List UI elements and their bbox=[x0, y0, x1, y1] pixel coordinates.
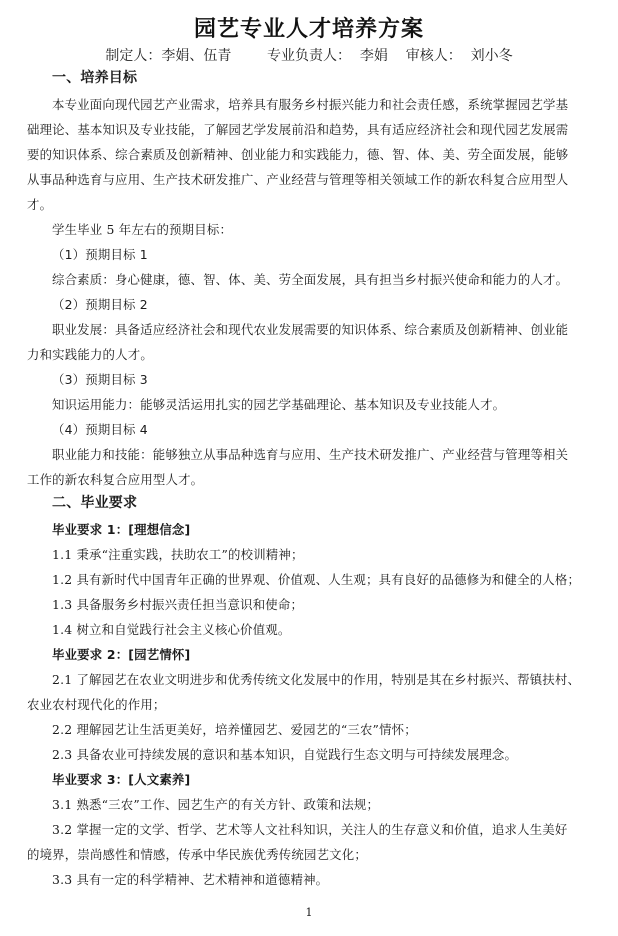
paragraph-line: 1.2 具有新时代中国青年正确的世界观、价值观、人生观；具有良好的品德修为和健全… bbox=[52, 572, 616, 588]
paragraph-line: 的境界，崇尚感性和情感，传承中华民族优秀传统园艺文化； bbox=[27, 847, 591, 863]
paragraph-line: 知识运用能力：能够灵活运用扎实的园艺学基础理论、基本知识及专业技能人才。 bbox=[52, 397, 616, 413]
goal-heading: （3）预期目标 3 bbox=[52, 372, 616, 388]
requirement-heading: 毕业要求 1：[理想信念] bbox=[52, 522, 616, 538]
requirement-heading: 毕业要求 2：[园艺情怀] bbox=[52, 647, 616, 663]
paragraph-line: 3.1 熟悉“三农”工作、园艺生产的有关方针、政策和法规； bbox=[52, 797, 616, 813]
paragraph-line: 要的知识体系、综合素质及创新精神、创业能力和实践能力，德、智、体、美、劳全面发展… bbox=[27, 147, 591, 163]
paragraph-line: 本专业面向现代园艺产业需求，培养具有服务乡村振兴能力和社会责任感，系统掌握园艺学… bbox=[52, 97, 616, 113]
paragraph-line: 农业农村现代化的作用； bbox=[27, 697, 591, 713]
goal-heading: （2）预期目标 2 bbox=[52, 297, 616, 313]
paragraph-line: 才。 bbox=[27, 197, 591, 213]
paragraph-line: 从事品种选育与应用、生产技术研发推广、产业经营与管理等相关领域工作的新农科复合应… bbox=[27, 172, 591, 188]
paragraph-line: 3.2 掌握一定的文学、哲学、艺术等人文社科知识，关注人的生存意义和价值，追求人… bbox=[52, 822, 616, 838]
paragraph-line: 职业发展：具备适应经济社会和现代农业发展需要的知识体系、综合素质及创新精神、创业… bbox=[52, 322, 616, 338]
paragraph-line: 1.1 秉承“注重实践，扶助农工”的校训精神； bbox=[52, 547, 616, 563]
paragraph-line: 础理论、基本知识及专业技能，了解园艺学发展前沿和趋势，具有适应经济社会和现代园艺… bbox=[27, 122, 591, 138]
paragraph-line: 2.3 具备农业可持续发展的意识和基本知识，自觉践行生态文明与可持续发展理念。 bbox=[52, 747, 616, 763]
section-heading: 一、培养目标 bbox=[52, 70, 616, 86]
paragraph-line: 力和实践能力的人才。 bbox=[27, 347, 591, 363]
document-title: 园艺专业人才培养方案 bbox=[0, 12, 618, 43]
paragraph-line: 1.4 树立和自觉践行社会主义核心价值观。 bbox=[52, 622, 616, 638]
goal-heading: （4）预期目标 4 bbox=[52, 422, 616, 438]
page-number: 1 bbox=[0, 906, 618, 919]
paragraph-line: 职业能力和技能：能够独立从事品种选育与应用、生产技术研发推广、产业经营与管理等相… bbox=[52, 447, 616, 463]
requirement-heading: 毕业要求 3：[人文素养] bbox=[52, 772, 616, 788]
paragraph-line: 学生毕业 5 年左右的预期目标： bbox=[52, 222, 616, 238]
paragraph-line: 2.2 理解园艺让生活更美好，培养懂园艺、爱园艺的“三农”情怀； bbox=[52, 722, 616, 738]
paragraph-line: 1.3 具备服务乡村振兴责任担当意识和使命； bbox=[52, 597, 616, 613]
paragraph-line: 工作的新农科复合应用型人才。 bbox=[27, 472, 591, 488]
document-authors: 制定人：李娟、伍青 专业负责人： 李娟 审核人： 刘小冬 bbox=[0, 45, 618, 65]
document-page: 园艺专业人才培养方案 制定人：李娟、伍青 专业负责人： 李娟 审核人： 刘小冬 … bbox=[0, 0, 618, 936]
goal-heading: （1）预期目标 1 bbox=[52, 247, 616, 263]
paragraph-line: 2.1 了解园艺在农业文明进步和优秀传统文化发展中的作用，特别是其在乡村振兴、帮… bbox=[52, 672, 616, 688]
paragraph-line: 综合素质：身心健康，德、智、体、美、劳全面发展，具有担当乡村振兴使命和能力的人才… bbox=[52, 272, 616, 288]
paragraph-line: 3.3 具有一定的科学精神、艺术精神和道德精神。 bbox=[52, 872, 616, 888]
section-heading: 二、毕业要求 bbox=[52, 495, 616, 511]
